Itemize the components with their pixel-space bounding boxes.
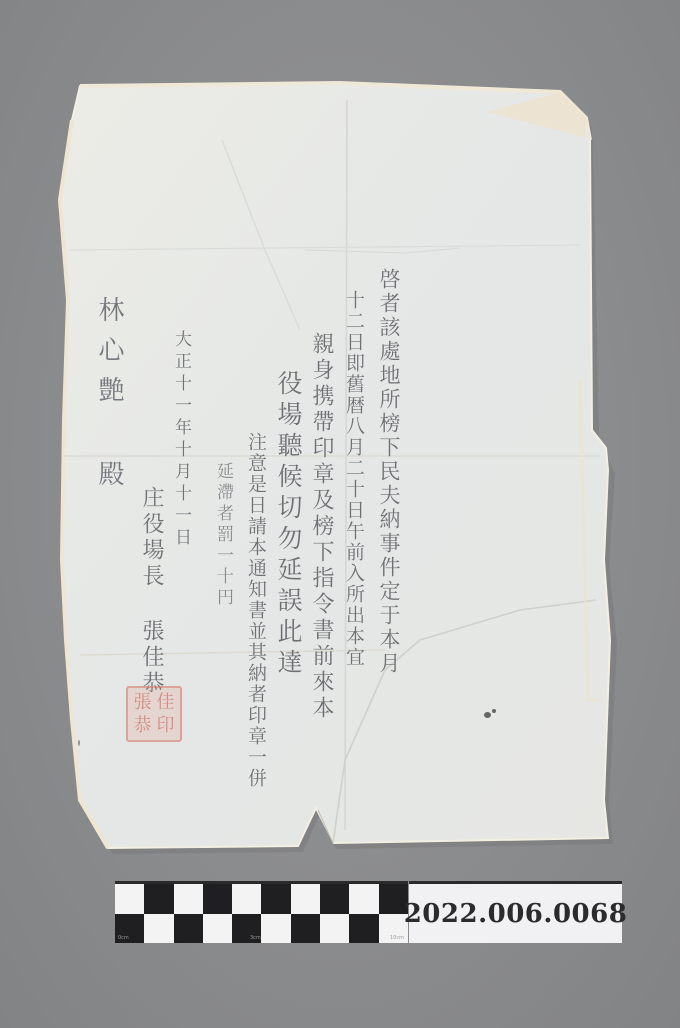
ink-stain [484,712,491,718]
scale-cell [203,914,232,944]
notice-column-2: 十二日即舊暦八月二十日午前入所出本宜 [344,290,363,668]
notice-column-6: 延滯者罰一十円 [214,462,231,609]
red-seal-stamp: 張 佳 恭 印 [126,686,182,742]
ink-stain [492,709,496,713]
scale-cell [349,914,378,944]
scale-cell [115,884,144,914]
scale-cell [144,884,173,914]
document-sheet: 啓者該處地所榜下民夫納事件定于本月 十二日即舊暦八月二十日午前入所出本宜 親身携… [0,0,680,1028]
scale-cell [203,884,232,914]
paper-outline-graphic [0,0,680,1028]
scale-cell [144,914,173,944]
scale-label-start: 0cm [118,935,129,941]
notice-column-5: 注意是日請本通知書並其納者印章一併 [246,432,265,789]
scale-cell [261,884,290,914]
notice-column-4: 役場聽候切勿延誤此達 [276,370,301,680]
seal-char: 張 [131,691,154,714]
scale-checker-bar [115,881,408,943]
scale-label-mid: 3cm [250,935,261,941]
addressee-line: 林心艶 殿 [96,296,122,500]
catalog-number: 2022.006.0068 [404,899,628,929]
scale-cell [320,914,349,944]
scale-label-end: 10cm [390,935,404,941]
notice-column-3: 親身携帶印章及榜下指令書前來本 [310,332,332,722]
signatory-line: 庄役場長 張佳恭 [140,486,162,697]
scale-cell [291,884,320,914]
scale-cell [174,884,203,914]
scale-cell [232,884,261,914]
scale-cell [174,914,203,944]
seal-char: 恭 [131,714,154,737]
scale-cell [261,914,290,944]
scale-cell [320,884,349,914]
seal-char: 佳 [154,691,177,714]
seal-char: 印 [154,714,177,737]
date-line: 大正十一年十月十一日 [172,330,189,550]
notice-column-1: 啓者該處地所榜下民夫納事件定于本月 [378,268,399,676]
catalog-number-label: 2022.006.0068 [409,881,622,943]
scale-cell [291,914,320,944]
ink-stain [78,740,80,746]
scale-cell [349,884,378,914]
